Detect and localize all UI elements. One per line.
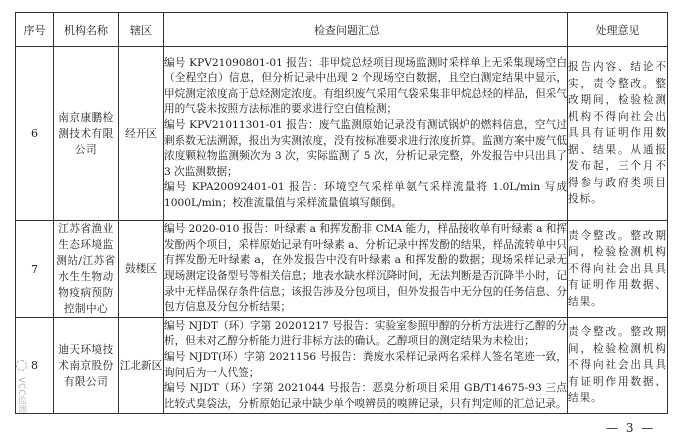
page-number: — 3 —	[606, 421, 655, 435]
row-district: 经开区	[119, 47, 164, 221]
header-district: 辖区	[119, 13, 164, 47]
row-opinion: 报告内容、结论不实，责令整改。整改期间，检验检测机构不得向社会出具具有证明作用数…	[568, 47, 668, 221]
table-header-row: 序号 机构名称 辖区 检查问题汇总 处理意见	[16, 13, 668, 47]
table-row: 8 迪天环境技术南京股份有限公司 江北新区 编号 NJDT（环）字第 20201…	[16, 318, 668, 414]
issue-item: 编号 NJDT（环）字第 2021044 号报告：恶臭分析项目采用 GB/T14…	[164, 381, 567, 412]
row-issue-summary: 编号 NJDT（环）字第 20201217 号报告：实验室参照甲醇的分析方法进行…	[164, 318, 568, 414]
issue-item: 编号 KPA20092401-01 报告：环境空气采样单氨气采样流量将 1.0L…	[164, 180, 567, 211]
header-seq: 序号	[16, 13, 54, 47]
row-issue-summary: 编号 KPV21090801-01 报告：非甲烷总烃项目现场监测时采样单上无采集…	[164, 47, 568, 221]
row-seq: 7	[16, 221, 54, 318]
row-issue-summary: 编号 2020-010 报告：叶绿素 a 和挥发酚非 CMA 能力，样品接收单有…	[164, 221, 568, 318]
issue-item: 编号 2020-010 报告：叶绿素 a 和挥发酚非 CMA 能力，样品接收单有…	[164, 222, 567, 316]
inspection-results-table: 序号 机构名称 辖区 检查问题汇总 处理意见 6 南京康鹏检测技术有限公司 经开…	[15, 12, 668, 414]
row-opinion: 责令整改。整改期间，检验检测机构不得向社会出具具有证明作用数据、结果。	[568, 221, 668, 318]
row-org-name: 南京康鹏检测技术有限公司	[54, 47, 119, 221]
header-org: 机构名称	[54, 13, 119, 47]
issue-item: 编号 NJDT（环）字第 20201217 号报告：实验室参照甲醇的分析方法进行…	[164, 319, 567, 350]
table-row: 6 南京康鹏检测技术有限公司 经开区 编号 KPV21090801-01 报告：…	[16, 47, 668, 221]
watermark: VCC监测	[2, 360, 28, 440]
row-opinion: 责令整改。整改期间，检验检测机构不得向社会出具具有证明作用数据、结果。	[568, 318, 668, 414]
row-district: 江北新区	[119, 318, 164, 414]
row-seq: 6	[16, 47, 54, 221]
row-district: 鼓楼区	[119, 221, 164, 318]
watermark-logo-icon	[16, 360, 27, 371]
issue-item: 编号 NJDT(环）字第 2021156 号报告：粪废水采样记录两名采样人签名笔…	[164, 350, 567, 381]
document-page: 序号 机构名称 辖区 检查问题汇总 处理意见 6 南京康鹏检测技术有限公司 经开…	[0, 0, 677, 442]
row-org-name: 迪天环境技术南京股份有限公司	[54, 318, 119, 414]
issue-item: 编号 KPV21090801-01 报告：非甲烷总烃项目现场监测时采样单上无采集…	[164, 56, 567, 118]
table-row: 7 江苏省渔业生态环境监测站/江苏省水生生物动物疫病预防控制中心 鼓楼区 编号 …	[16, 221, 668, 318]
issue-item: 编号 KPV21011301-01 报告：废气监测原始记录没有测试锅炉的燃料信息…	[164, 118, 567, 180]
header-summary: 检查问题汇总	[164, 13, 568, 47]
row-org-name: 江苏省渔业生态环境监测站/江苏省水生生物动物疫病预防控制中心	[54, 221, 119, 318]
header-opinion: 处理意见	[568, 13, 668, 47]
watermark-text: VCC监测	[16, 377, 26, 414]
